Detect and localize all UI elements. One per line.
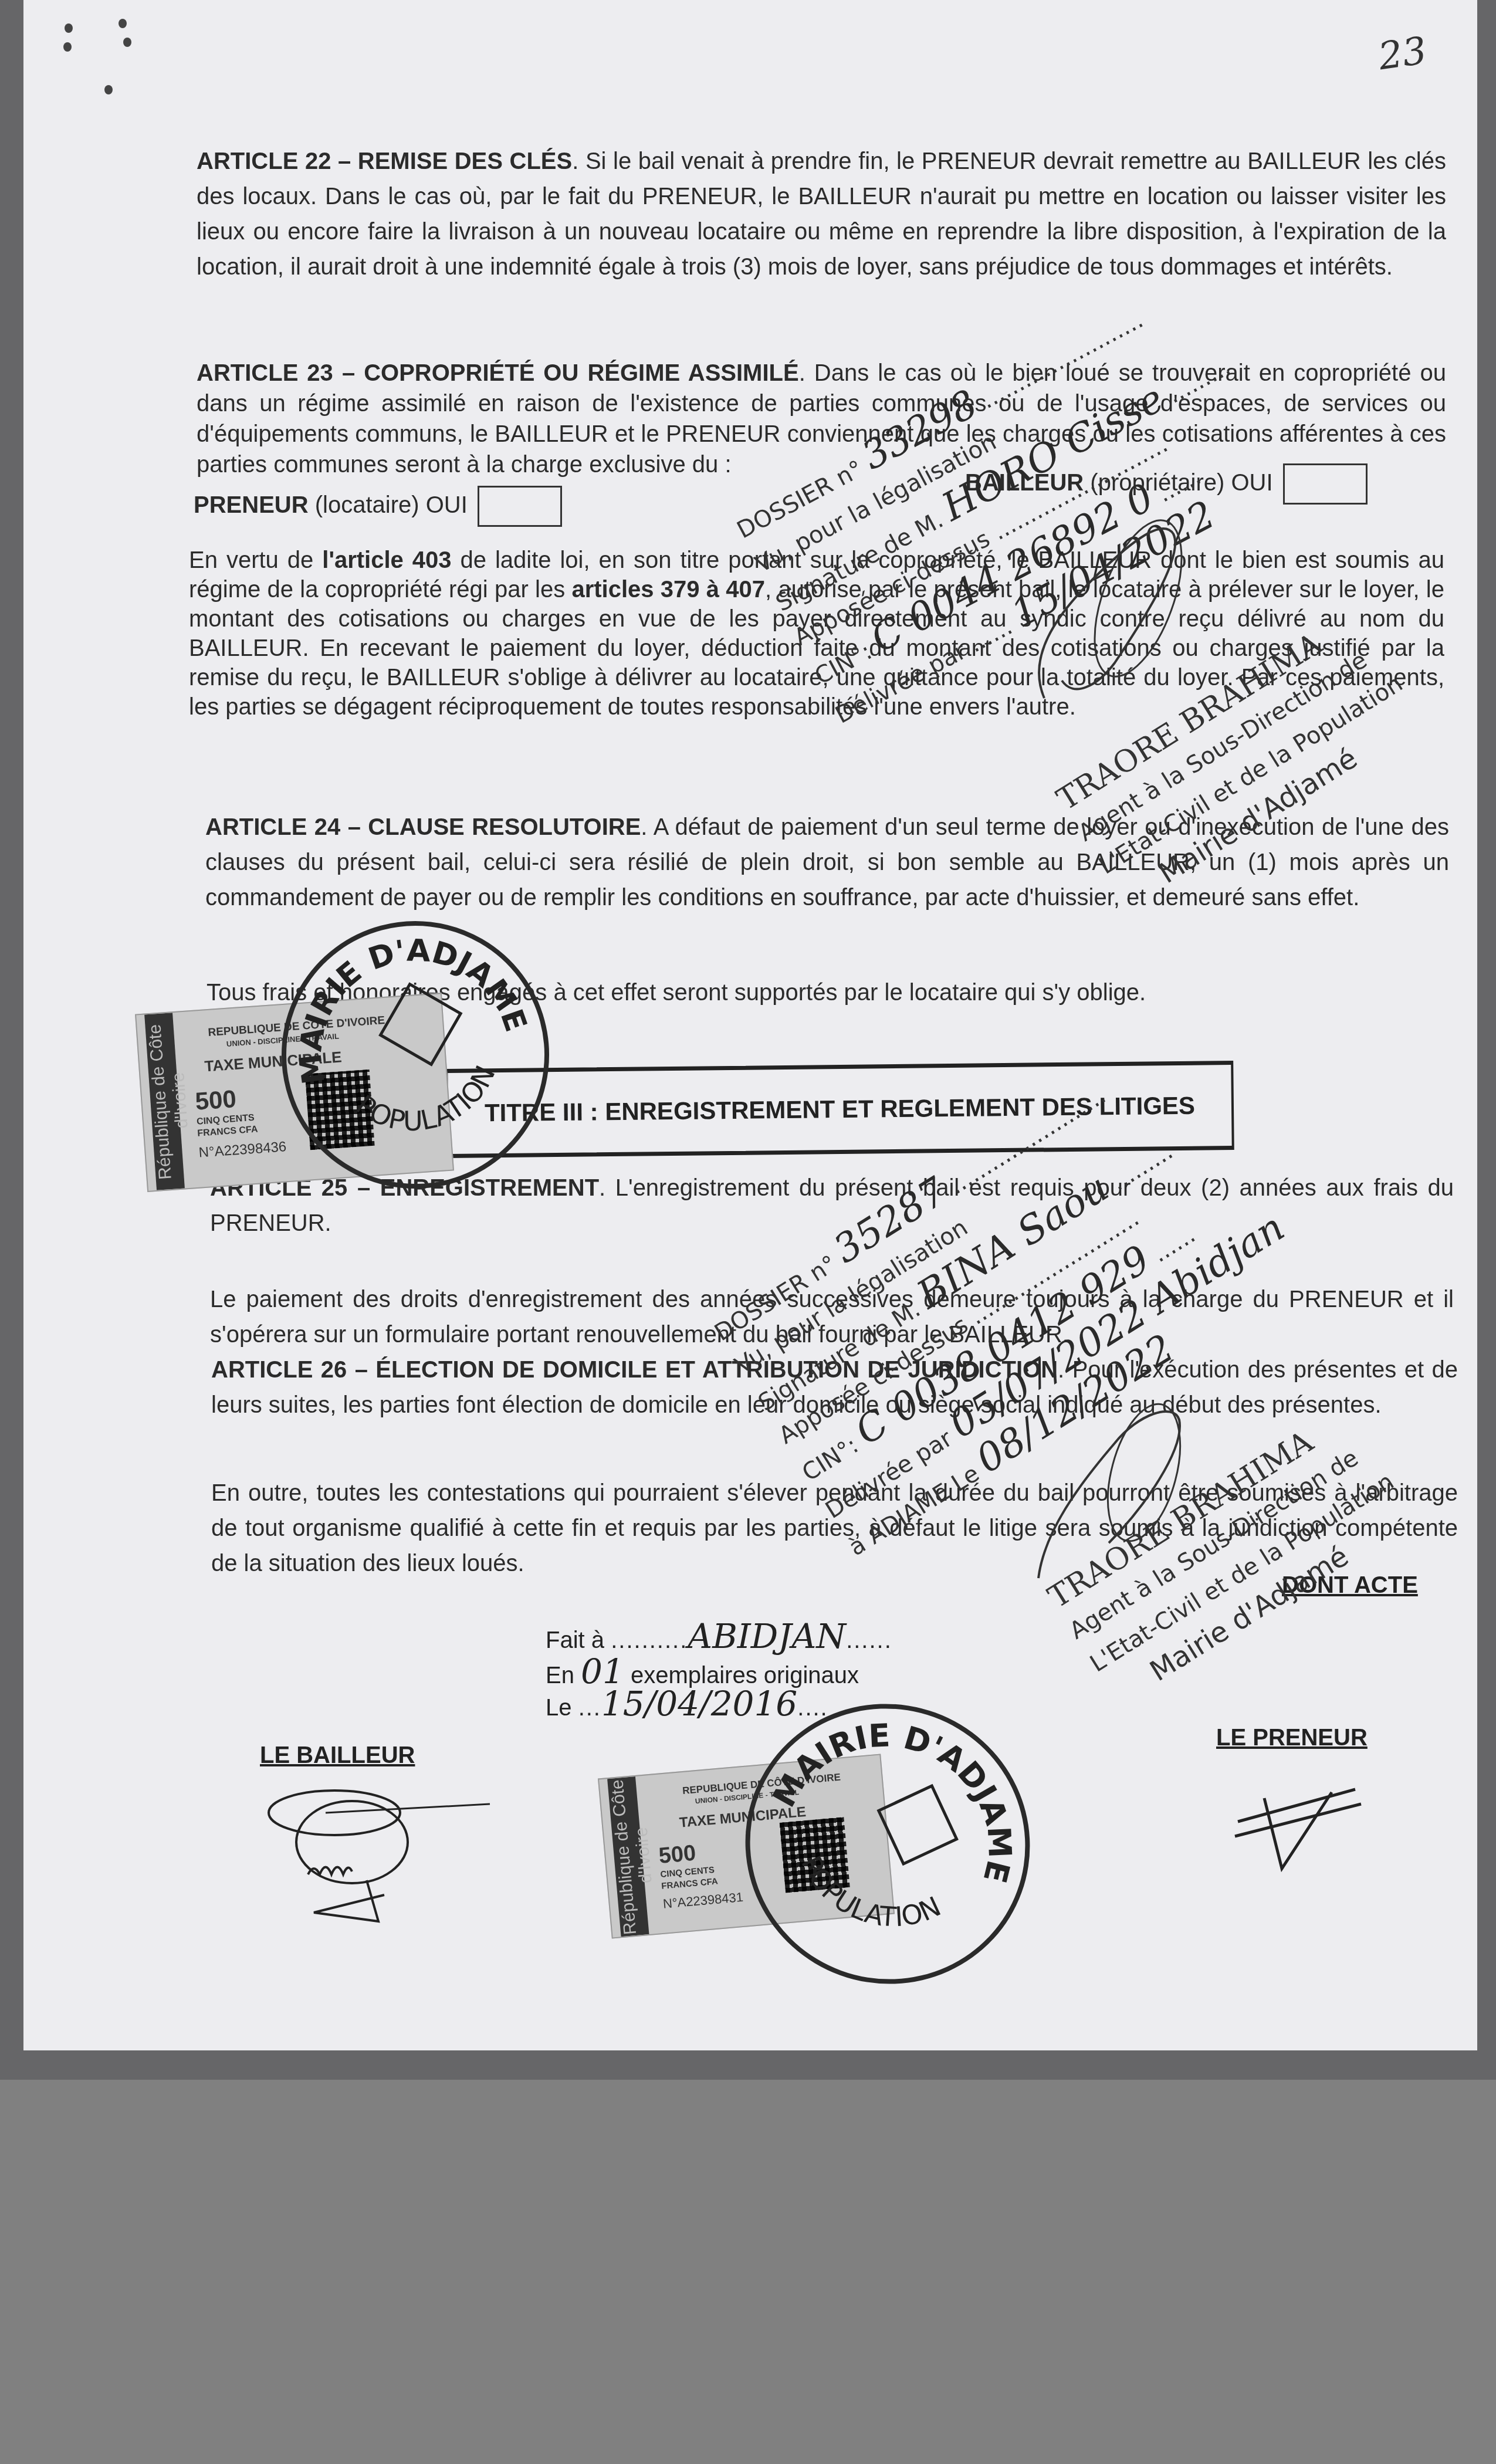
le-label: Le <box>546 1695 572 1721</box>
stamp-amount: 500 <box>658 1841 697 1869</box>
punch-hole <box>119 19 127 28</box>
fait-a-line: Fait à ..........ABIDJAN...... <box>546 1616 892 1656</box>
punch-hole <box>65 23 73 33</box>
fait-a-value: ABIDJAN <box>688 1616 846 1656</box>
text: En vertu de <box>189 547 322 573</box>
svg-text:MAIRIE D'ADJAME: MAIRIE D'ADJAME <box>266 905 534 1091</box>
articles-379-407-ref: articles 379 à 407 <box>571 577 765 603</box>
bailleur-signature-label: LE BAILLEUR <box>260 1742 415 1769</box>
date-value: 15/04/2016 <box>601 1684 797 1724</box>
preneur-signature <box>1226 1772 1390 1889</box>
svg-text:POPULATION: POPULATION <box>345 1054 512 1154</box>
bailleur-signature <box>255 1781 502 1933</box>
stamp-band-text: République de Côte d'Ivoire <box>144 1013 185 1190</box>
stamp-band-text: République de Côte d'Ivoire <box>607 1776 649 1937</box>
fait-a-label: Fait à <box>546 1627 604 1653</box>
preneur-oui-checkbox[interactable] <box>478 486 562 527</box>
seal-bottom-text: POPULATION <box>345 1054 512 1154</box>
article-403-ref: l'article 403 <box>322 547 451 573</box>
document-page: 23 ARTICLE 22 – REMISE DES CLÉS. Si le b… <box>23 0 1477 2050</box>
agent-stamp: TRAORE BRAHIMA Agent à la Sous-Direction… <box>1041 1397 1422 1715</box>
punch-hole <box>123 38 131 47</box>
article-24-heading: ARTICLE 24 – CLAUSE RESOLUTOIRE <box>205 814 641 840</box>
article-23-heading: ARTICLE 23 – COPROPRIÉTÉ OU RÉGIME ASSIM… <box>197 360 799 386</box>
article-22-heading: ARTICLE 22 – REMISE DES CLÉS <box>197 148 572 174</box>
article-22: ARTICLE 22 – REMISE DES CLÉS. Si le bail… <box>197 144 1446 285</box>
stamp-serial: N°A22398436 <box>198 1139 287 1161</box>
bailleur-oui-checkbox[interactable] <box>1283 463 1368 505</box>
svg-text:POPULATION: POPULATION <box>783 1843 953 1954</box>
preneur-label: PRENEUR <box>194 492 309 518</box>
stamp-amount: 500 <box>194 1085 237 1116</box>
seal-top-text: MAIRIE D'ADJAME <box>266 905 534 1091</box>
preneur-option: PRENEUR (locataire) OUI <box>194 486 562 527</box>
punch-hole <box>63 42 72 52</box>
seal-bottom-text: POPULATION <box>783 1843 953 1954</box>
punch-hole <box>104 85 113 94</box>
preneur-signature-label: LE PRENEUR <box>1216 1725 1368 1751</box>
page-number: 23 <box>1376 29 1429 79</box>
preneur-oui-label: (locataire) OUI <box>315 492 468 518</box>
